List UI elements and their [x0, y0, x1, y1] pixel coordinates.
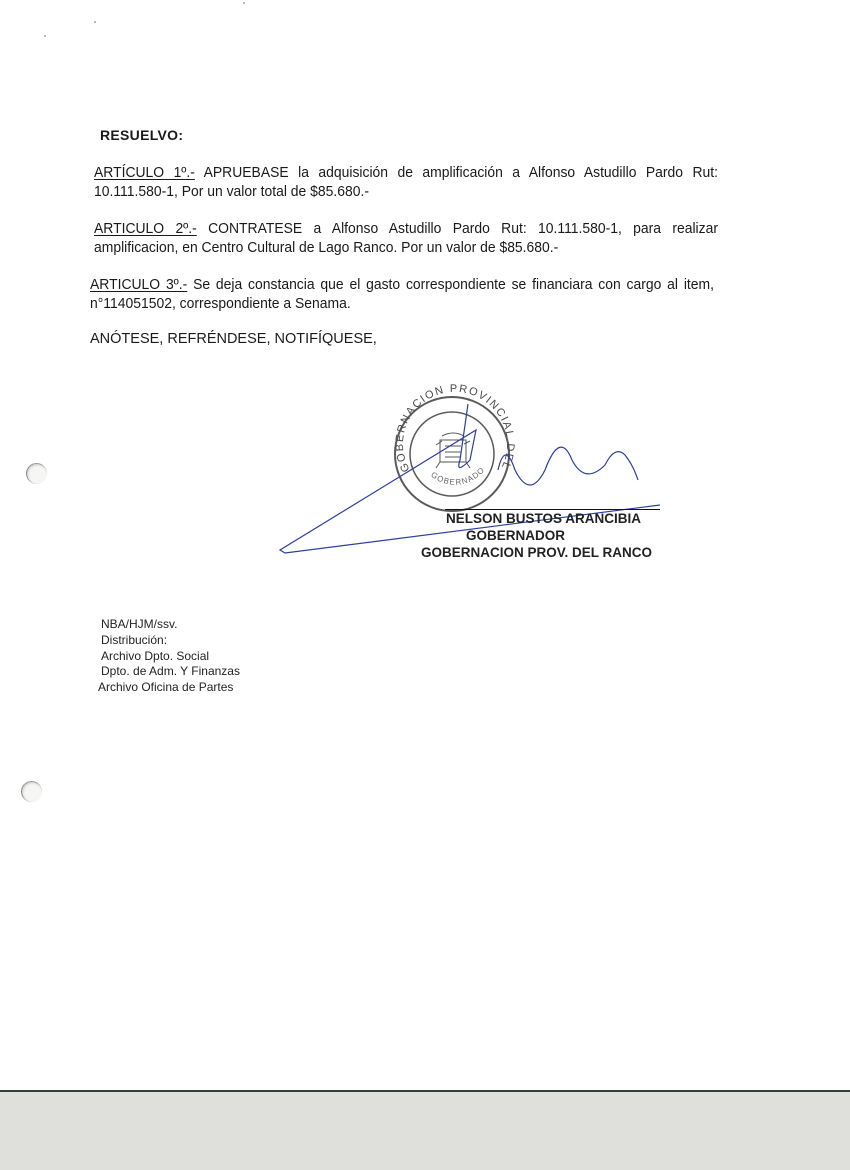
article-2-label: ARTICULO 2º.-	[94, 221, 197, 237]
scanner-bed-edge	[0, 1090, 850, 1170]
distribution-item: Archivo Dpto. Social	[101, 648, 209, 664]
signatory-title: GOBERNADOR	[466, 528, 565, 543]
signatory-organization: GOBERNACION PROV. DEL RANCO	[421, 545, 652, 560]
article-3: ARTICULO 3º.- Se deja constancia que el …	[90, 276, 714, 314]
scan-speck	[94, 21, 96, 23]
scan-speck	[243, 2, 245, 4]
reference-initials: NBA/HJM/ssv.	[101, 616, 177, 632]
scan-speck	[44, 35, 46, 37]
resolution-heading: RESUELVO:	[100, 127, 183, 143]
signature-line	[445, 509, 660, 510]
article-2: ARTICULO 2º.- CONTRATESE a Alfonso Astud…	[94, 220, 718, 258]
closing-formula: ANÓTESE, REFRÉNDESE, NOTIFÍQUESE,	[90, 331, 377, 347]
article-3-label: ARTICULO 3º.-	[90, 277, 187, 293]
distribution-item: Dpto. de Adm. Y Finanzas	[101, 663, 240, 679]
document-page: RESUELVO: ARTÍCULO 1º.- APRUEBASE la adq…	[0, 0, 850, 1090]
punch-hole-icon	[21, 781, 42, 802]
article-1-label: ARTÍCULO 1º.-	[94, 165, 195, 181]
distribution-item: Archivo Oficina de Partes	[98, 679, 233, 695]
article-1: ARTÍCULO 1º.- APRUEBASE la adquisición d…	[94, 164, 718, 202]
signatory-name: NELSON BUSTOS ARANCIBIA	[446, 511, 641, 526]
punch-hole-icon	[26, 463, 47, 484]
distribution-label: Distribución:	[101, 632, 167, 648]
